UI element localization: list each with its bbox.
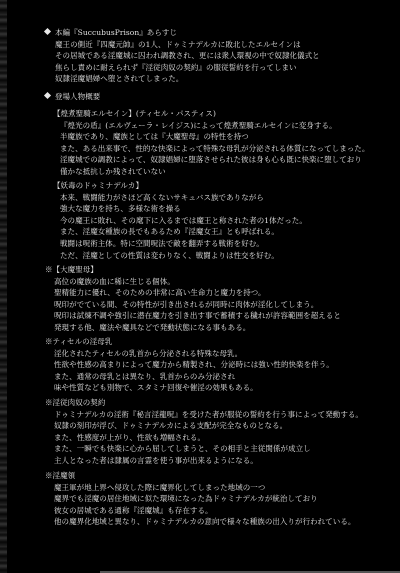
note-heading: ※ティセルの淫母乳: [45, 336, 334, 348]
note-line: 魔王軍が地上界へ侵攻した際に魔界化してしまった地域の一つ: [54, 482, 355, 494]
character-line: ただ、淫魔としての性質は変わりなく、戦闘よりは性交を好む。: [60, 250, 307, 262]
characters-section: 登場人物概要: [44, 91, 100, 103]
note-line: 奴隷の刻印が浮び、ドゥミナデルカによる支配が完全なものとなる。: [54, 420, 363, 432]
diamond-bullet-icon: [44, 28, 51, 35]
note-line: 呪印は試煉不調や強引に潜在魔力を引き出す事で蓄積する穢れが許容範囲を超えると: [54, 310, 341, 322]
character-line: 戦闘は呪術主体。特に空間呪法で敵を翻弄する戦術を好む。: [60, 238, 307, 250]
character-line: 今の魔王に敗れ、その麾下に入るまでは魔王と称された者の1体だった。: [60, 215, 307, 227]
note-line: 淫化されたティセルの乳首から分泌される特殊な母乳。: [54, 348, 334, 360]
note-daimaseibo: ※【大魔聖母】 高位の魔族の血に稀に生じる個体。 聖精能力に優れ、そのための非常…: [45, 264, 341, 334]
character-line: 僅かな抵抗しか残されていない: [60, 166, 369, 178]
note-line: また、通常の母乳とは異なり、乳首からのみ分泌され: [54, 371, 334, 383]
note-line: 性欲や性感の高まりによって魔力から精製され、分泌時には強い性的快楽を伴う。: [54, 359, 334, 371]
note-line: また、一瞬でも快楽に心から屈してしまうと、その相手と主従関係が成立し: [54, 443, 363, 455]
characters-heading-text: 登場人物概要: [55, 92, 100, 101]
synopsis-section: 本編『SuccubusPrison』あらすじ 魔王の側近『四魔元帥』の1人、ドゥ…: [44, 27, 320, 85]
character-line: 淫魔城での調教によって、奴隷娼婦に堕落させられた彼は身も心も既に快楽に堕しており: [60, 154, 369, 166]
note-line: 他の魔界化地域と異なり、ドゥミナデルカの意向で様々な種族の出入りが行われている。: [54, 516, 355, 528]
note-line: 発現する他、魔法や魔具などで発動状態になる事もある。: [54, 322, 341, 334]
character-line: 強大な魔力を持ち、多様な術を操る: [60, 203, 307, 215]
note-inmaryou: ※淫魔領 魔王軍が地上界へ侵攻した際に魔界化してしまった地域の一つ 魔界でも淫魔…: [45, 470, 355, 528]
note-line: 聖精能力に優れ、そのための非常に高い生命力と魔力を持つ。: [54, 287, 341, 299]
note-line: ドゥミナデルカの淫術『秘言淫龍呪』を受けた者が服従の誓約を行う事によって発動する…: [54, 409, 363, 421]
scan-edge-artifact: [0, 0, 7, 573]
note-heading: ※【大魔聖母】: [45, 264, 341, 276]
synopsis-line: 奴隷淫魔娼婦へ堕とされてしまった。: [55, 73, 320, 85]
synopsis-line: 魔王の側近『四魔元帥』の1人、ドゥミナデルカに敗北したエルセインは: [55, 39, 320, 51]
character-title: 【煌煮聖騎エルセイン】(ティセル・パスティス): [53, 108, 369, 120]
characters-heading: 登場人物概要: [44, 91, 100, 103]
note-line: また、性感度が上がり、性欲も増幅される。: [54, 432, 363, 444]
note-contract: ※淫従肉奴の契約 ドゥミナデルカの淫術『秘言淫龍呪』を受けた者が服従の誓約を行う…: [45, 397, 363, 467]
character-line: 半魔族であり、魔族としては『大魔聖母』の特性を持つ: [60, 131, 369, 143]
synopsis-heading: 本編『SuccubusPrison』あらすじ: [44, 27, 320, 39]
note-line: 呪印がでている間、その特性が引き出されるが同時に肉体が淫化してしまう。: [54, 299, 341, 311]
note-heading: ※淫従肉奴の契約: [45, 397, 363, 409]
note-line: 味や性質なども別物で、スタミナ回復や催淫の効果もある。: [54, 382, 334, 394]
note-line: 主人となった者は隷属の言霊を使う事が出来るようになる。: [54, 455, 363, 467]
character-entry-elsein: 【煌煮聖騎エルセイン】(ティセル・パスティス) 『煌光の盾』(エルヴェーラ・レイ…: [53, 108, 369, 178]
character-title: 【妖毒のドゥミナデルカ】: [53, 180, 307, 192]
note-line: 魔界でも淫魔の居住地域に似た環境になった為ドゥミナデルカが統治しており: [54, 493, 355, 505]
synopsis-line: その居城である淫魔城に囚われ調教され、更には衆人環視の中で奴隷化儀式と: [55, 50, 320, 62]
note-line: 彼女の居城である通称『淫魔城』も存在する。: [54, 505, 355, 517]
character-line: また、淫魔女種族の長でもあるため『淫魔女王』とも呼ばれる。: [60, 226, 307, 238]
note-heading: ※淫魔領: [45, 470, 355, 482]
character-entry-duminadelca: 【妖毒のドゥミナデルカ】 本来、戦闘能力がさほど高くないサキュバス族でありながら…: [53, 180, 307, 261]
character-line: また、ある出来事で、性的な快楽によって特殊な母乳が分泌される体質になってしまった…: [60, 143, 369, 155]
synopsis-heading-text: 本編『SuccubusPrison』あらすじ: [55, 28, 177, 37]
synopsis-line: 焦らし責めに耐えられず『淫従肉奴の契約』の服従誓約を行ってしまい: [55, 62, 320, 74]
note-line: 高位の魔族の血に稀に生じる個体。: [54, 276, 341, 288]
diamond-bullet-icon: [44, 92, 51, 99]
character-line: 『煌光の盾』(エルヴェーラ・レイジス)によって煌煮聖騎エルセインに変身する。: [60, 120, 369, 132]
note-tisel-milk: ※ティセルの淫母乳 淫化されたティセルの乳首から分泌される特殊な母乳。 性欲や性…: [45, 336, 334, 394]
character-line: 本来、戦闘能力がさほど高くないサキュバス族でありながら: [60, 192, 307, 204]
